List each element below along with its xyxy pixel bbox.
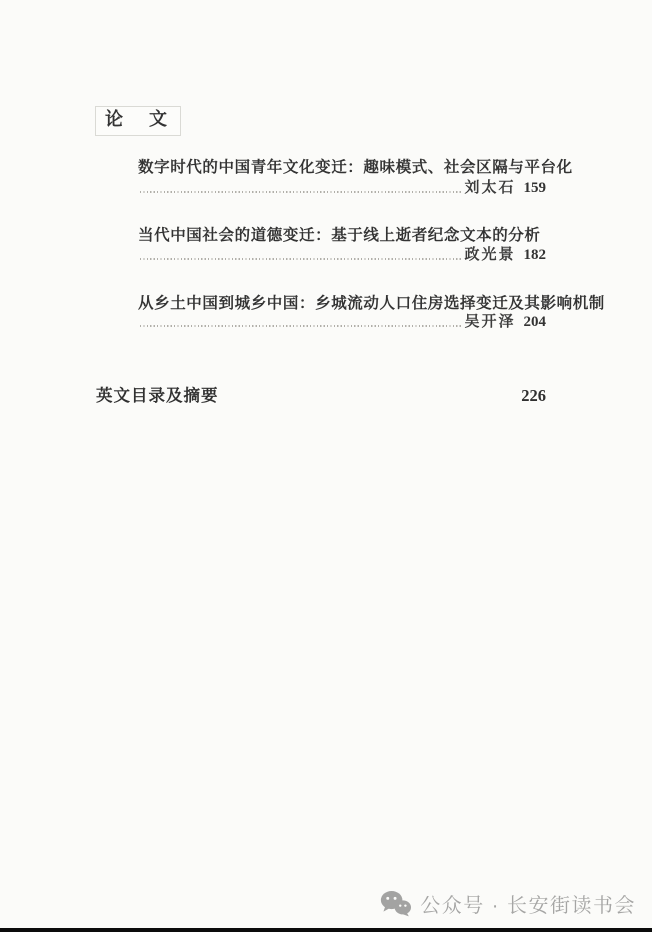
toc-entry-author: 刘太石 [464, 180, 515, 197]
toc-entry-title: 当代中国社会的道德变迁：基于线上逝者纪念文本的分析 [138, 223, 541, 245]
backmatter-page: 226 [521, 386, 546, 406]
watermark-text: 公众号 · 长安街读书会 [420, 889, 636, 918]
dotted-leader [140, 258, 461, 260]
dotted-leader [140, 325, 461, 327]
toc-entry-author: 吴开泽 [464, 314, 515, 331]
toc-page: 论 文 数字时代的中国青年文化变迁：趣味模式、社会区隔与平台化 刘太石 159 … [0, 0, 652, 932]
toc-entry-title: 数字时代的中国青年文化变迁：趣味模式、社会区隔与平台化 [138, 155, 573, 177]
toc-entry-page: 204 [524, 314, 547, 331]
toc-entry-line: 吴开泽 204 [140, 314, 546, 331]
section-header-label: 论 文 [105, 109, 171, 129]
dotted-leader [140, 191, 461, 193]
toc-entry-page: 182 [524, 247, 547, 264]
toc-entry-title: 从乡土中国到城乡中国：乡城流动人口住房选择变迁及其影响机制 [138, 291, 605, 313]
watermark-footer: 公众号 · 长安街读书会 [380, 889, 636, 918]
section-header: 论 文 [95, 106, 181, 136]
toc-entry-page: 159 [524, 180, 547, 197]
backmatter-row: 英文目录及摘要 226 [96, 382, 546, 406]
toc-entry-line: 刘太石 159 [140, 180, 546, 197]
wechat-icon [380, 890, 411, 917]
toc-entry-line: 政光景 182 [140, 247, 546, 264]
backmatter-title: 英文目录及摘要 [96, 382, 219, 406]
page-bottom-edge [0, 928, 652, 932]
toc-entry-author: 政光景 [464, 247, 515, 264]
